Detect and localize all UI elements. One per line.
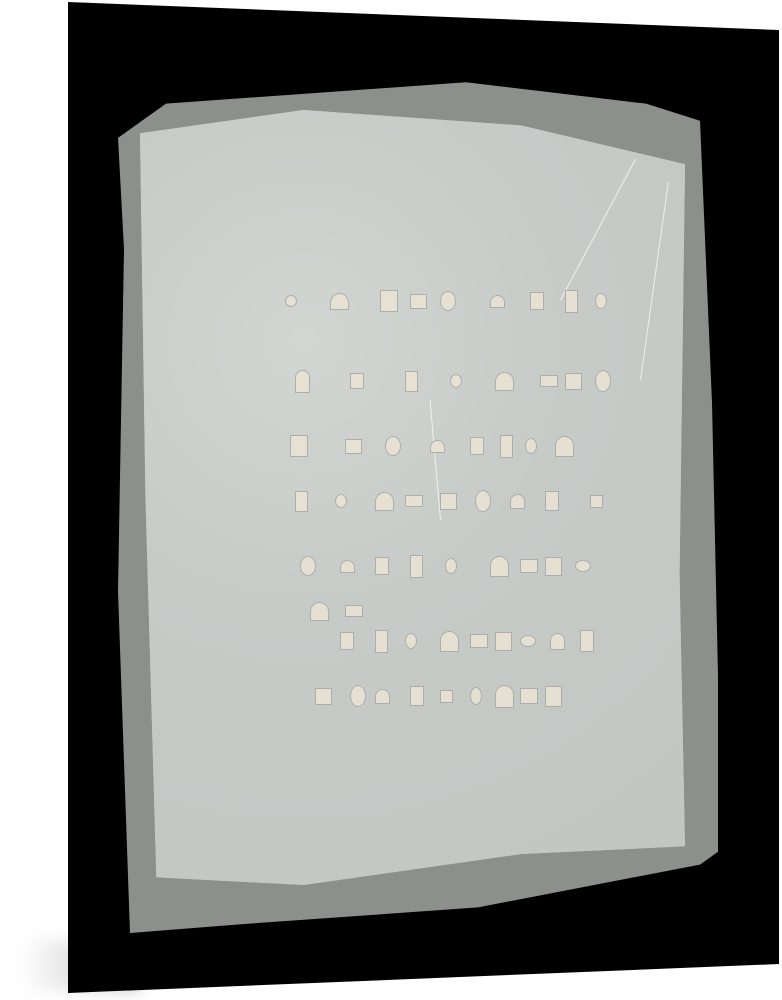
cutout-glyph: [430, 440, 445, 453]
cutout-glyph: [595, 370, 611, 392]
cutout-glyph: [375, 557, 389, 575]
cutout-glyph: [345, 605, 363, 617]
cutout-glyph: [525, 438, 537, 454]
cutout-glyph: [545, 557, 562, 576]
cutout-glyph: [575, 560, 591, 572]
cutout-glyph: [490, 295, 505, 308]
cutout-glyph: [405, 633, 417, 649]
cutout-glyph: [440, 291, 456, 311]
cutout-glyph: [530, 292, 544, 310]
cutout-glyph: [440, 690, 453, 703]
cutout-glyph: [555, 436, 574, 457]
cutout-glyph: [445, 558, 457, 574]
cutout-glyph: [495, 372, 514, 391]
cutout-glyph: [520, 688, 538, 704]
cutout-glyph: [375, 689, 390, 704]
cutout-glyph: [470, 437, 484, 455]
cutout-glyph: [590, 495, 603, 508]
cutout-glyph: [550, 633, 565, 650]
cutout-glyph: [345, 439, 362, 454]
cutout-glyph: [495, 685, 514, 708]
cutout-glyph: [300, 556, 316, 576]
cutout-glyph: [490, 556, 509, 577]
cutout-glyph: [500, 435, 513, 458]
cutout-glyph: [405, 371, 418, 392]
cutout-glyph: [565, 373, 582, 390]
cutout-glyph: [520, 559, 538, 573]
cutout-glyph: [290, 435, 308, 457]
cutout-glyph: [375, 492, 394, 511]
cutout-glyph: [440, 493, 457, 510]
cutout-glyph: [330, 293, 349, 310]
cutout-glyph: [470, 634, 488, 648]
cutout-glyph: [285, 295, 297, 307]
cutout-glyph: [295, 491, 308, 512]
cutout-glyph: [580, 630, 594, 652]
cutout-glyph: [310, 602, 329, 621]
cutout-glyph: [375, 630, 388, 653]
cutout-glyph: [410, 686, 424, 706]
cutout-glyph: [335, 494, 347, 508]
cutout-glyph: [475, 490, 491, 512]
cutout-glyph: [510, 494, 525, 509]
cutout-glyph: [410, 294, 427, 309]
cutout-glyph: [380, 290, 398, 312]
cutout-glyph: [350, 685, 366, 707]
cutout-glyph: [540, 375, 558, 387]
cutout-glyph: [340, 560, 355, 573]
cutout-glyph: [545, 491, 559, 511]
cutout-glyph: [350, 373, 364, 389]
cutout-glyph: [450, 374, 462, 388]
cutout-glyph: [315, 688, 332, 705]
cutout-glyph: [470, 687, 482, 705]
cutout-glyph: [385, 436, 401, 456]
cutout-glyph: [545, 686, 562, 707]
cutout-glyph: [295, 370, 310, 393]
cutout-glyph: [340, 632, 354, 650]
cutout-glyph: [440, 631, 459, 652]
cutout-glyph: [495, 632, 512, 651]
cutout-glyph: [410, 555, 423, 578]
cutout-glyph: [595, 293, 607, 309]
cutout-glyph: [405, 495, 423, 507]
cutout-glyph: [520, 635, 536, 647]
cutout-glyph: [565, 290, 578, 313]
